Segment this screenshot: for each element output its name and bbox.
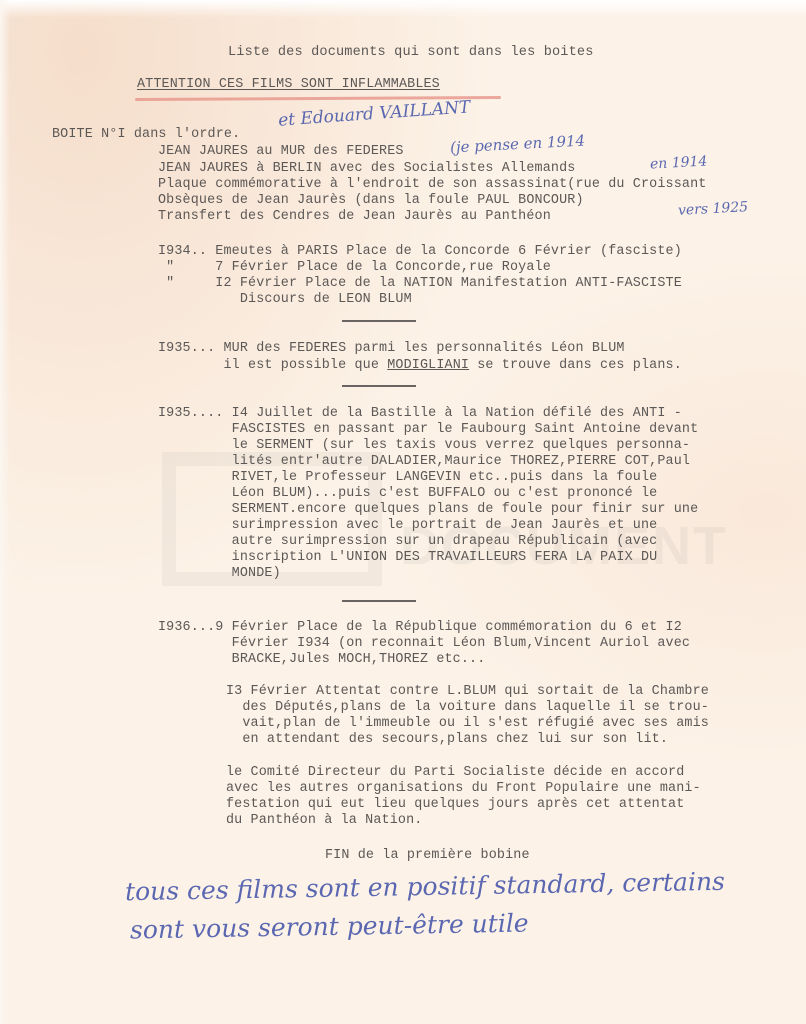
section-1936-line: BRACKE,Jules MOCH,THOREZ etc... (158, 652, 485, 667)
section-1935b-line: Léon BLUM)...puis c'est BUFFALO ou c'est… (158, 486, 657, 501)
section-1936-line: I936...9 Février Place de la République … (158, 620, 682, 635)
boite-item: Plaque commémorative à l'endroit de son … (158, 177, 706, 192)
section-1935b-line: le SERMENT (sur les taxis vous verrez qu… (158, 438, 690, 453)
torn-edge-left (0, 0, 10, 1024)
attentat-line: des Députés,plans de la voiture dans laq… (226, 700, 709, 715)
section-1934-line: I934.. Emeutes à PARIS Place de la Conco… (158, 244, 682, 259)
annotation-je-pense: (je pense en 1914 (450, 131, 586, 156)
handwritten-note-line1: tous ces films sont en positif standard,… (125, 867, 725, 906)
document-page: DOCUMENT Liste des documents qui sont da… (0, 0, 806, 1024)
text: se trouve dans ces plans. (469, 358, 682, 373)
boite-header: BOITE N°I dans l'ordre. (52, 127, 240, 142)
section-1935b-line: autre surimpression sur un drapeau Répub… (158, 534, 657, 549)
document-title: Liste des documents qui sont dans les bo… (228, 45, 594, 60)
torn-edge-top (0, 0, 806, 18)
comite-line: le Comité Directeur du Parti Socialiste … (226, 765, 684, 780)
attentat-line: en attendant des secours,plans chez lui … (226, 732, 668, 747)
comite-line: du Panthéon à la Nation. (226, 813, 422, 828)
text: il est possible que (158, 358, 387, 373)
attentat-line: I3 Février Attentat contre L.BLUM qui so… (226, 684, 709, 699)
separator (342, 600, 416, 602)
boite-item: JEAN JAURES au MUR des FEDERES (158, 144, 404, 159)
end-of-reel: FIN de la première bobine (325, 848, 530, 863)
section-1935a-line: I935... MUR des FEDERES parmi les person… (158, 341, 625, 356)
section-1935b-line: surimpression avec le portrait de Jean J… (158, 518, 657, 533)
section-1936-line: Février I934 (on reconnait Léon Blum,Vin… (158, 636, 690, 651)
section-1935b-line: RIVET,le Professeur LANGEVIN etc..puis d… (158, 470, 657, 485)
section-1935a-line: il est possible que MODIGLIANI se trouve… (158, 358, 682, 373)
modigliani-name: MODIGLIANI (387, 358, 469, 373)
section-1935b-line: I935.... I4 Juillet de la Bastille à la … (158, 406, 682, 421)
section-1935b-line: inscription L'UNION DES TRAVAILLEURS FER… (158, 550, 657, 565)
separator (342, 320, 416, 322)
annotation-vaillant: et Edouard VAILLANT (278, 97, 471, 130)
separator (342, 385, 416, 387)
boite-item: Transfert des Cendres de Jean Jaurès au … (158, 209, 551, 224)
handwritten-note-line2: sont vous seront peut-être utile (130, 909, 529, 945)
section-1934-line: Discours de LEON BLUM (158, 292, 412, 307)
section-1934-line: " 7 Février Place de la Concorde,rue Roy… (158, 260, 551, 275)
attentat-line: vait,plan de l'immeuble ou il s'est réfu… (226, 716, 709, 731)
annotation-vers-1925: vers 1925 (678, 199, 749, 219)
section-1934-line: " I2 Février Place de la NATION Manifest… (158, 276, 682, 291)
comite-line: festation qui eut lieu quelques jours ap… (226, 797, 684, 812)
section-1935b-line: FASCISTES en passant par le Faubourg Sai… (158, 422, 698, 437)
boite-item: Obsèques de Jean Jaurès (dans la foule P… (158, 193, 584, 208)
boite-item: JEAN JAURES à BERLIN avec des Socialiste… (158, 161, 575, 176)
annotation-en-1914: en 1914 (650, 154, 708, 173)
comite-line: avec les autres organisations du Front P… (226, 781, 701, 796)
section-1935b-line: lités entr'autre DALADIER,Maurice THOREZ… (158, 454, 690, 469)
section-1935b-line: SERMENT.encore quelques plans de foule p… (158, 502, 698, 517)
section-1935b-line: MONDE) (158, 566, 281, 581)
flammable-warning: ATTENTION CES FILMS SONT INFLAMMABLES (137, 77, 440, 92)
